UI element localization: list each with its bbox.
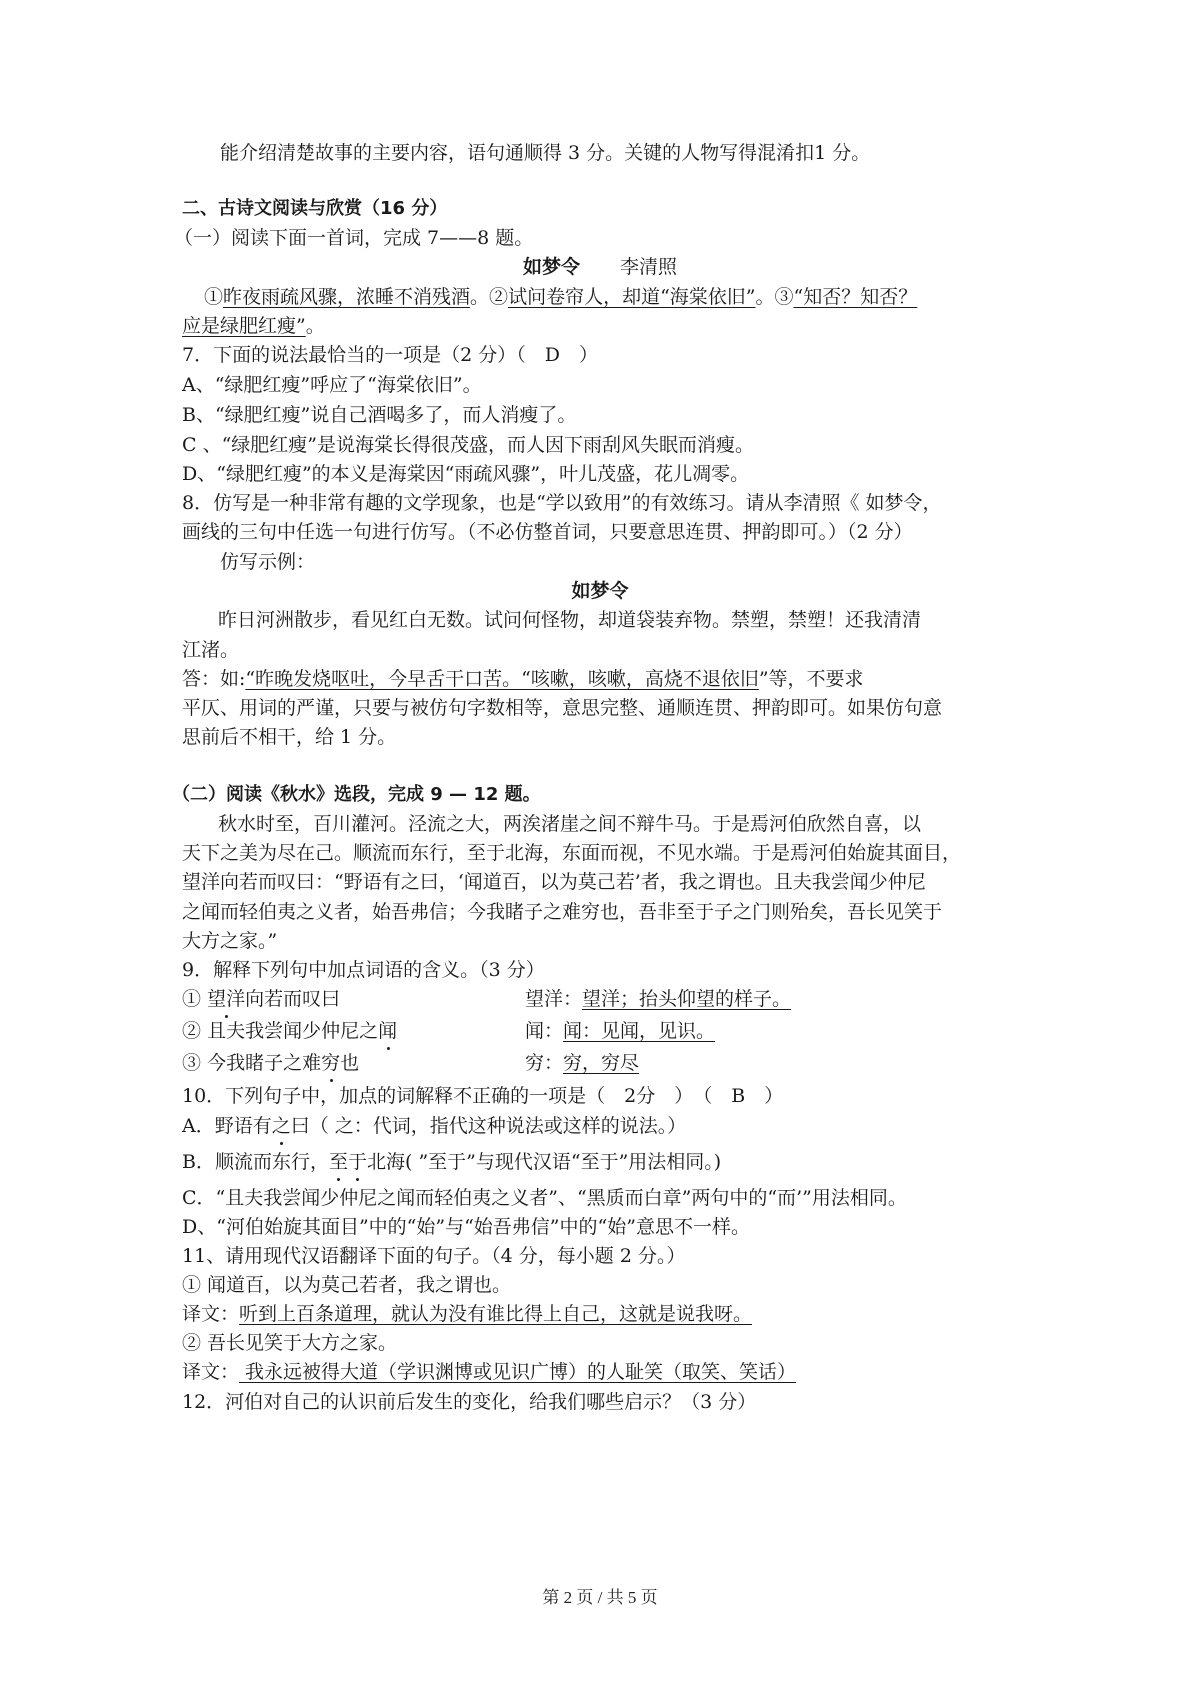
scoring-note: 能介绍清楚故事的主要内容，语句通顺得 3 分。关键的人物写得混淆扣1 分。 — [220, 140, 870, 166]
translation-text: 听到上百条道理，就认为没有谁比得上自己，这就是说我呀。 — [239, 1303, 752, 1325]
q12-stem: 12．河伯对自己的认识前后发生的变化，给我们哪些启示？（3 分） — [182, 1389, 756, 1415]
sentence-pre: 且夫我尝闻少仲尼之 — [207, 1020, 378, 1042]
q7-stem: 7．下面的说法最恰当的一项是（2 分）（ D ） — [182, 342, 598, 368]
dotted-word: 望洋 — [207, 988, 245, 1010]
q10-option-b: B．顺流而东行，至于北海( ”至于”与现代汉语“至于”用法相同。) — [182, 1149, 721, 1175]
q7-option-b: B、“绿肥红瘦”说自己酒喝多了，而人消瘦了。 — [182, 402, 576, 428]
poem-sentence-3a: “知否？知否？ — [794, 286, 918, 308]
q8-answer-line-1: 答：如:“昨晚发烧呕吐，今早舌干口苦。“咳嗽，咳嗽，高烧不退依旧”等，不要求 — [182, 666, 864, 692]
poem-title: 如梦令 — [523, 256, 580, 278]
q8-stem-1: 8．仿写是一种非常有趣的文学现象，也是“学以致用”的有效练习。请从李清照《 如梦… — [182, 490, 942, 516]
q8-answer-line-2: 平仄、用词的严谨，只要与被仿句字数相等，意思完整、通顺连贯、押韵即可。如果仿句意 — [182, 695, 942, 721]
punct: 。 — [470, 286, 489, 308]
term: 闻： — [525, 1020, 563, 1042]
item-number: ③ — [182, 1052, 201, 1074]
passage-line-1: 秋水时至，百川灌河。泾流之大，两涘渚崖之间不辩牛马。于是焉河伯欣然自喜，以 — [218, 811, 921, 837]
answer-prefix: 答：如: — [182, 668, 245, 690]
q10-option-c: C．“且夫我尝闻少仲尼之闻而轻伯夷之义者”、“黑质而白章”两句中的“而’”用法相… — [182, 1185, 907, 1211]
dotted-word: 闻 — [378, 1020, 397, 1042]
page-footer: 第 2 页 / 共 5 页 — [0, 1583, 1200, 1608]
marker-2: ② — [489, 286, 508, 308]
q11-translation-1: 译文：听到上百条道理，就认为没有谁比得上自己，这就是说我呀。 — [182, 1301, 752, 1327]
dotted-word: 至 — [329, 1151, 348, 1173]
punct: 。 — [306, 315, 325, 337]
sentence-post: 向若而叹曰 — [245, 988, 340, 1010]
q7-option-a: A、“绿肥红瘦”呼应了“海棠依旧”。 — [182, 372, 482, 398]
q7-option-d: D、“绿肥红瘦”的本义是海棠因“雨疏风骤”，叶儿茂盛，花儿凋零。 — [182, 461, 749, 487]
q11-stem: 11、请用现代汉语翻译下面的句子。（4 分，每小题 2 分。） — [182, 1243, 685, 1269]
translation-label: 译文： — [182, 1361, 239, 1383]
translation-label: 译文： — [182, 1303, 239, 1325]
q11-sentence-2: ② 吾长见笑于大方之家。 — [182, 1330, 397, 1356]
answer: 望洋；抬头仰望的样子。 — [582, 988, 791, 1010]
q9-item-2: ② 且夫我尝闻少仲尼之闻 闻：闻：见闻，见识。 — [182, 1018, 397, 1044]
option-text: 北海( ”至于”与现代汉语“至于”用法相同。) — [367, 1151, 721, 1173]
item-number: ① — [182, 988, 201, 1010]
q9-item-3: ③ 今我睹子之难穷也 穷：穷，穷尽 — [182, 1050, 359, 1076]
answer: 闻：见闻，见识。 — [563, 1020, 715, 1042]
answer-suffix: ”等，不要求 — [759, 668, 864, 690]
dotted-word: 于 — [348, 1151, 367, 1173]
term: 穷： — [525, 1052, 563, 1074]
q9-answer-3: 穷：穷，穷尽 — [525, 1050, 639, 1076]
passage-line-2: 天下之美为尽在己。顺流而东行，至于北海，东面而视，不见水端。于是焉河伯始旋其面目… — [182, 840, 961, 866]
q9-answer-1: 望洋：望洋；抬头仰望的样子。 — [525, 986, 791, 1012]
passage-line-4: 之闻而轻伯夷之义者，始吾弗信；今我睹子之难穷也，吾非至于子之门则殆矣，吾长见笑于 — [182, 899, 942, 925]
q11-sentence-1: ① 闻道百，以为莫己若者，我之谓也。 — [182, 1272, 511, 1298]
poem-sentence-2: 试问卷帘人，却道“海棠依旧” — [508, 286, 755, 308]
q11-translation-2: 译文： 我永远被得大道（学识渊博或见识广博）的人耻笑（取笑、笑话） — [182, 1359, 796, 1385]
poem-sentence-1: 昨夜雨疏风骤，浓睡不消残酒 — [223, 286, 470, 308]
part1-instruction: （一）阅读下面一首词，完成 7——8 题。 — [174, 225, 533, 251]
q9-stem: 9．解释下列句中加点词语的含义。（3 分） — [182, 957, 545, 983]
dotted-word: 穷 — [321, 1052, 340, 1074]
sentence-pre: 今我睹子之难 — [207, 1052, 321, 1074]
q8-example-line-1: 昨日河洲散步，看见红白无数。试问何怪物，却道袋装弃物。禁塑，禁塑！还我清清 — [218, 607, 921, 633]
q9-item-1: ① 望洋向若而叹曰 望洋：望洋；抬头仰望的样子。 — [182, 986, 340, 1012]
dotted-word: 之 — [272, 1115, 291, 1137]
poem-line-1: ①昨夜雨疏风骤，浓睡不消残酒。②试问卷帘人，却道“海棠依旧”。③“知否？知否？ — [204, 284, 917, 310]
q7-option-c: C 、“绿肥红瘦”是说海棠长得很茂盛，而人因下雨刮风失眠而消瘦。 — [182, 432, 754, 458]
option-text: B．顺流而东行， — [182, 1151, 329, 1173]
exam-page: 能介绍清楚故事的主要内容，语句通顺得 3 分。关键的人物写得混淆扣1 分。 二、… — [0, 0, 1200, 1698]
poem-author: 李清照 — [620, 256, 677, 278]
translation-text: 我永远被得大道（学识渊博或见识广博）的人耻笑（取笑、笑话） — [239, 1361, 796, 1383]
q10-option-d: D、“河伯始旋其面目”中的“始”与“始吾弗信”中的“始”意思不一样。 — [182, 1214, 750, 1240]
poem-sentence-3b: 应是绿肥红瘦” — [182, 315, 306, 337]
q9-answer-2: 闻：闻：见闻，见识。 — [525, 1018, 715, 1044]
q8-example-line-2: 江渚。 — [182, 637, 239, 663]
q10-stem: 10．下列句子中，加点的词解释不正确的一项是（ 2分 ） （ B ） — [182, 1083, 783, 1109]
passage-line-3: 望洋向若而叹曰：“野语有之曰，‘闻道百，以为莫己若’者，我之谓也。且夫我尝闻少仲… — [182, 869, 926, 895]
marker-3: ③ — [775, 286, 794, 308]
item-number: ② — [182, 1020, 201, 1042]
term: 望洋： — [525, 988, 582, 1010]
q8-answer-line-3: 思前后不相干，给 1 分。 — [182, 724, 396, 750]
poem-line-2: 应是绿肥红瘦”。 — [182, 313, 325, 339]
answer: 穷，穷尽 — [563, 1052, 639, 1074]
q8-stem-2: 画线的三句中任选一句进行仿写。（不必仿整首词，只要意思连贯、押韵即可。）（2 分… — [182, 519, 913, 545]
poem-title-line: 如梦令 李清照 — [0, 254, 1200, 280]
q10-option-a: A．野语有之曰（ 之：代词，指代这种说法或这样的说法。） — [182, 1113, 686, 1139]
section-heading: 二、古诗文阅读与欣赏（16 分） — [182, 196, 447, 222]
marker-1: ① — [204, 286, 223, 308]
q8-example-title: 如梦令 — [0, 578, 1200, 604]
sentence-post: 也 — [340, 1052, 359, 1074]
answer-underlined: “昨晚发烧呕吐，今早舌干口苦。“咳嗽，咳嗽，高烧不退依旧 — [245, 668, 758, 690]
q8-example-label: 仿写示例： — [220, 549, 315, 575]
punct: 。 — [756, 286, 775, 308]
passage-line-5: 大方之家。” — [182, 928, 277, 954]
option-text: 曰（ 之：代词，指代这种说法或这样的说法。） — [291, 1115, 687, 1137]
part2-instruction: （二）阅读《秋水》选段，完成 9 — 12 题。 — [172, 782, 541, 808]
option-text: A．野语有 — [182, 1115, 272, 1137]
